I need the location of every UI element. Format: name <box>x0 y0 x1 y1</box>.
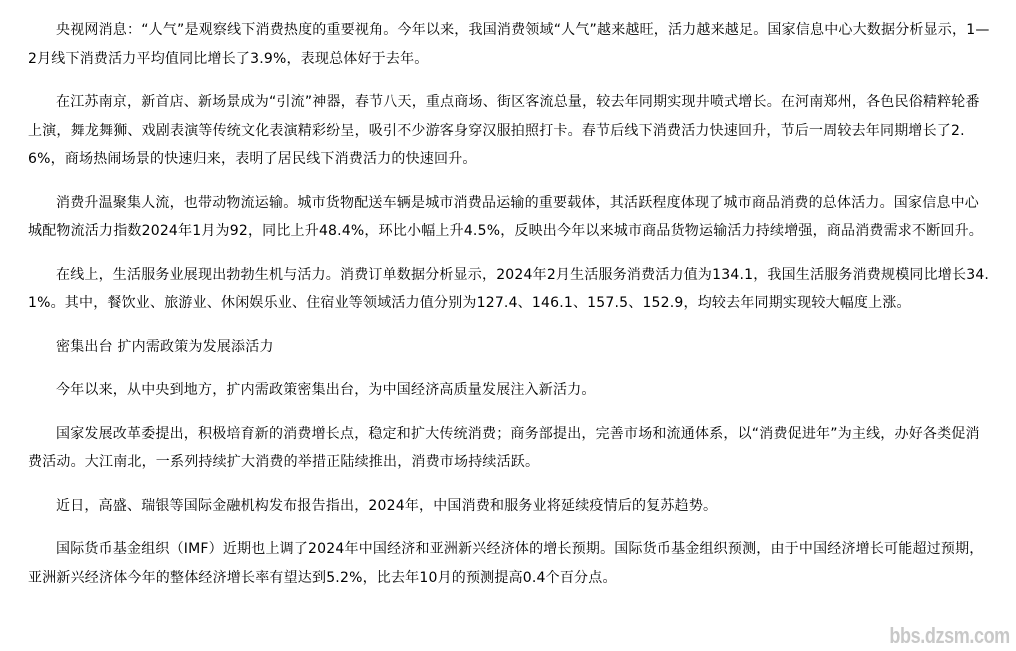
article-paragraph-ndrc: 国家发展改革委提出，积极培育新的消费增长点，稳定和扩大传统消费；商务部提出，完善… <box>28 420 992 477</box>
site-watermark: bbs.dzsm.com <box>890 623 1010 649</box>
article-paragraph-imf: 国际货币基金组织（IMF）近期也上调了2024年中国经济和亚洲新兴经济体的增长预… <box>28 535 992 592</box>
article-paragraph-intro: 央视网消息：“人气”是观察线下消费热度的重要视角。今年以来，我国消费领域“人气”… <box>28 16 992 73</box>
article-subheading: 密集出台 扩内需政策为发展添活力 <box>28 333 992 362</box>
article-paragraph-offline-scenes: 在江苏南京，新首店、新场景成为“引流”神器，春节八天，重点商场、街区客流总量，较… <box>28 88 992 174</box>
article-paragraph-logistics: 消费升温聚集人流，也带动物流运输。城市货物配送车辆是城市消费品运输的重要载体，其… <box>28 189 992 246</box>
article-paragraph-institutions: 近日，高盛、瑞银等国际金融机构发布报告指出，2024年，中国消费和服务业将延续疫… <box>28 492 992 521</box>
article-paragraph-online-services: 在线上，生活服务业展现出勃勃生机与活力。消费订单数据分析显示，2024年2月生活… <box>28 261 992 318</box>
article-paragraph-policy: 今年以来，从中央到地方，扩内需政策密集出台，为中国经济高质量发展注入新活力。 <box>28 376 992 405</box>
article-body: 央视网消息：“人气”是观察线下消费热度的重要视角。今年以来，我国消费领域“人气”… <box>28 16 992 607</box>
